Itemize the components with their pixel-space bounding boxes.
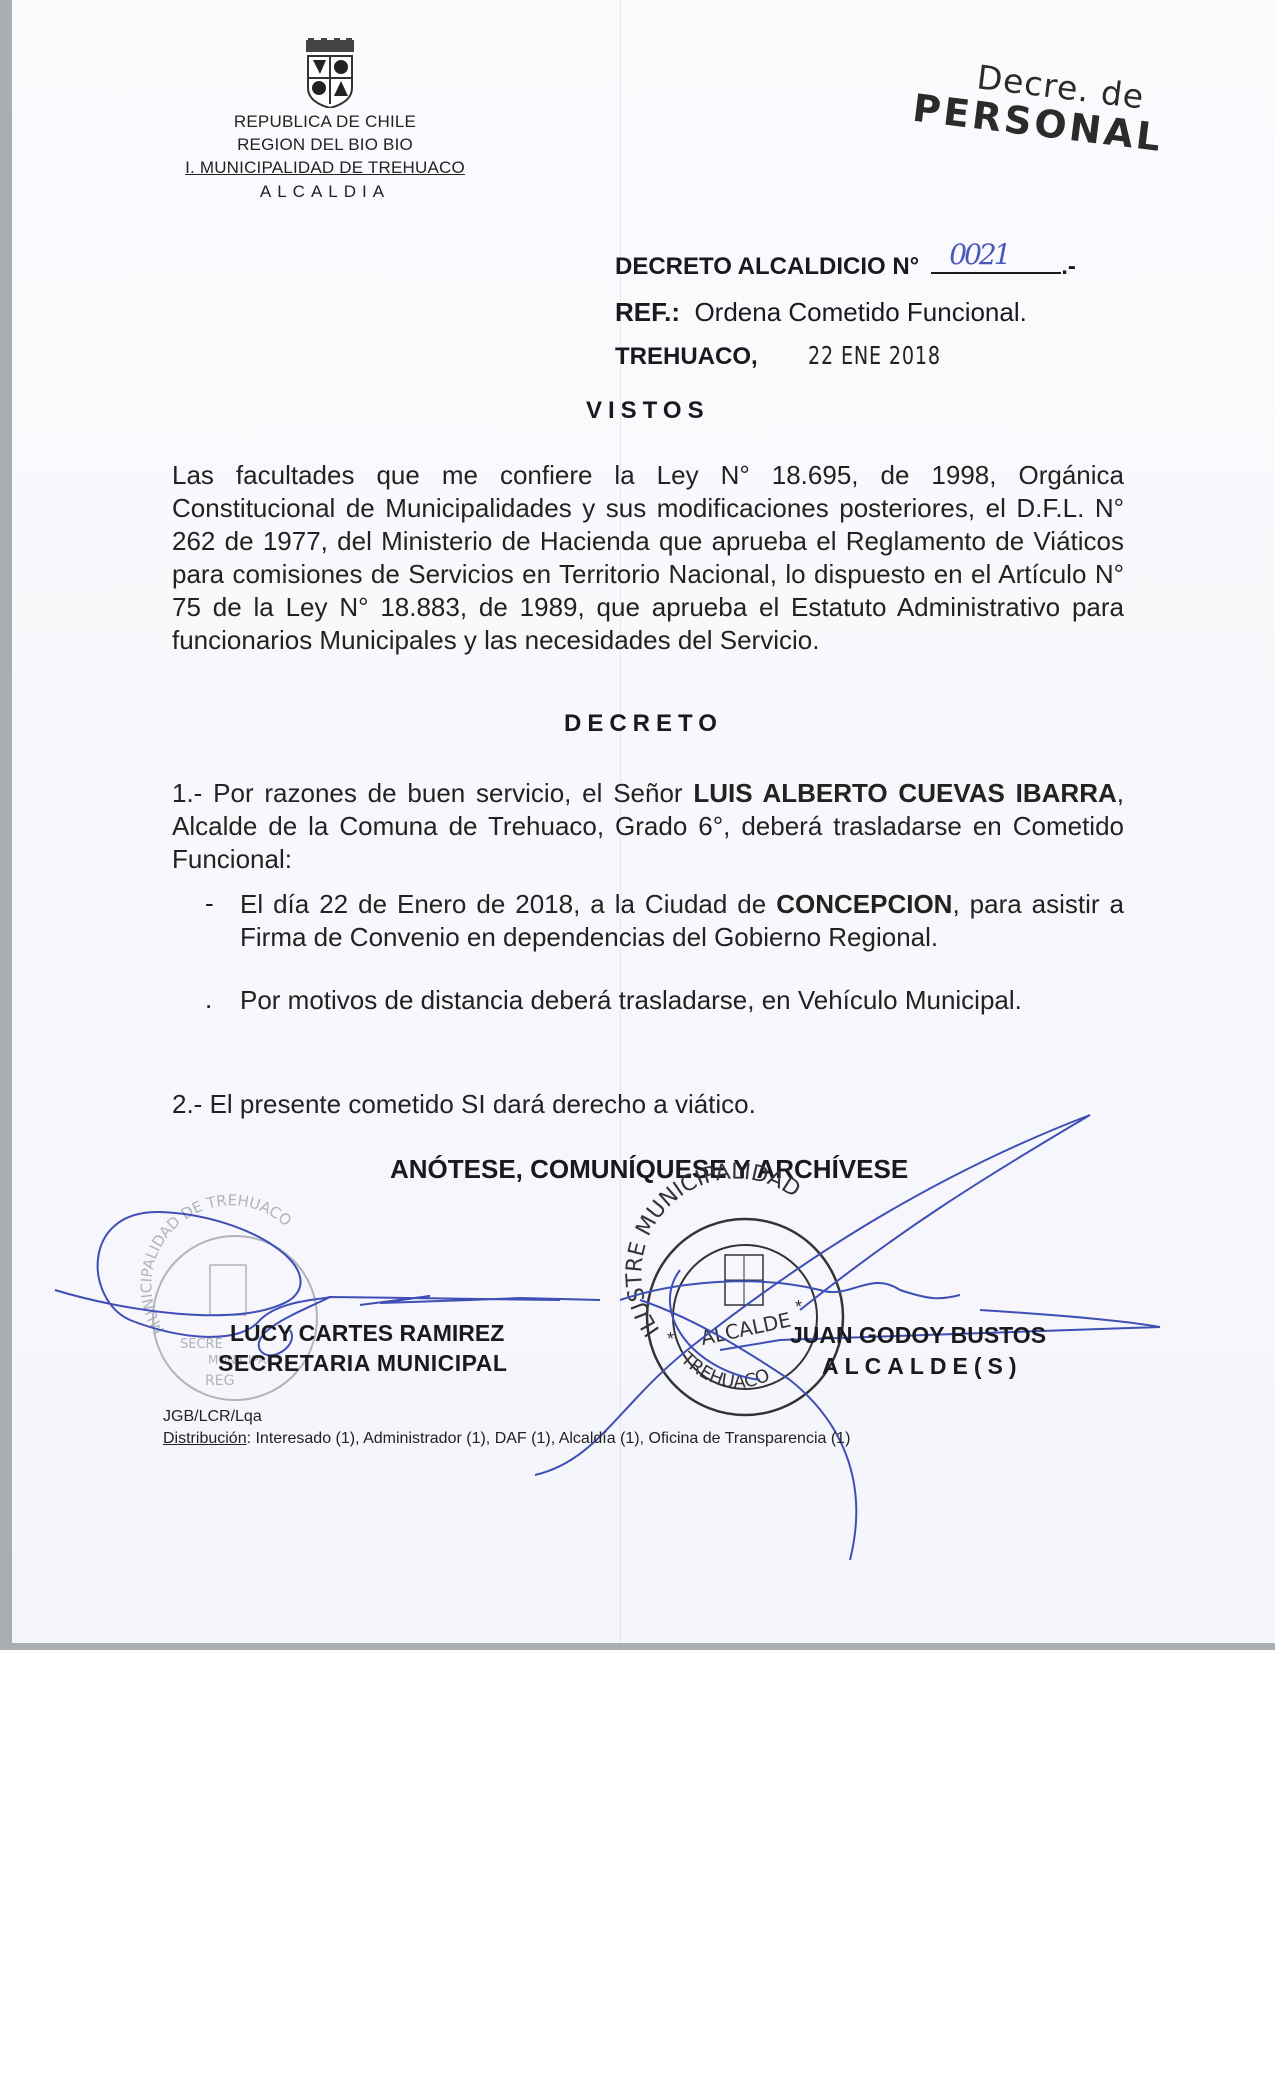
distribution-label: Distribución [163, 1430, 247, 1447]
reference-initials: JGB/LCR/Lqa [163, 1408, 262, 1426]
decree-item-2: 2.- El presente cometido SI dará derecho… [172, 1088, 1124, 1121]
city-date-line: TREHUACO,22 ENE 2018 [615, 341, 964, 371]
decree-label: DECRETO ALCALDICIO N° [615, 253, 919, 280]
ref-text: Ordena Cometido Funcional. [694, 297, 1026, 327]
decree-suffix: .- [1061, 253, 1076, 280]
ref-label: REF.: [615, 297, 680, 327]
decree-number-field: 0021 [931, 250, 1061, 274]
mayor-title: ALCALDE(S) [822, 1353, 1023, 1380]
destination-city: CONCEPCION [776, 889, 952, 919]
decree-item-1: 1.- Por razones de buen servicio, el Señ… [172, 777, 1124, 876]
reference-line: REF.: Ordena Cometido Funcional. [615, 297, 1027, 328]
secretary-title: SECRETARIA MUNICIPAL [218, 1350, 507, 1377]
distribution-list: Distribución: Interesado (1), Administra… [163, 1430, 850, 1448]
bullet-item: El día 22 de Enero de 2018, a la Ciudad … [240, 888, 1124, 954]
letterhead-region: REGION DEL BIO BIO [160, 135, 490, 155]
date-stamp: 22 ENE 2018 [808, 341, 941, 370]
secretary-name: LUCY CARTES RAMIREZ [230, 1320, 504, 1347]
letterhead-country: REPUBLICA DE CHILE [160, 112, 490, 132]
decree-number-line: DECRETO ALCALDICIO N°0021.- [615, 250, 1076, 281]
distribution-text: : Interesado (1), Administrador (1), DAF… [247, 1430, 851, 1447]
bullet-marker: - [205, 888, 214, 919]
item1-prefix: 1.- Por razones de buen servicio, el Señ… [172, 778, 693, 808]
decreto-heading: DECRETO [564, 710, 723, 738]
closing-formula: ANÓTESE, COMUNÍQUESE Y ARCHÍVESE [390, 1154, 908, 1185]
letterhead-municipality: I. MUNICIPALIDAD DE TREHUACO [160, 158, 490, 178]
decree-number: 0021 [949, 238, 1008, 271]
letterhead-office: ALCALDIA [160, 182, 490, 202]
bullet-2-text: Por motivos de distancia deberá traslada… [240, 985, 1022, 1015]
coat-of-arms-icon [296, 38, 364, 108]
bullet-item: Por motivos de distancia deberá traslada… [240, 984, 1124, 1017]
bullet-1-prefix: El día 22 de Enero de 2018, a la Ciudad … [240, 889, 776, 919]
bullet-marker: . [205, 984, 212, 1015]
mayor-name: JUAN GODOY BUSTOS [790, 1322, 1046, 1349]
official-name: LUIS ALBERTO CUEVAS IBARRA [693, 778, 1116, 808]
vistos-paragraph: Las facultades que me confiere la Ley N°… [172, 459, 1124, 657]
vistos-heading: VISTOS [586, 397, 710, 425]
city-label: TREHUACO, [615, 343, 758, 370]
